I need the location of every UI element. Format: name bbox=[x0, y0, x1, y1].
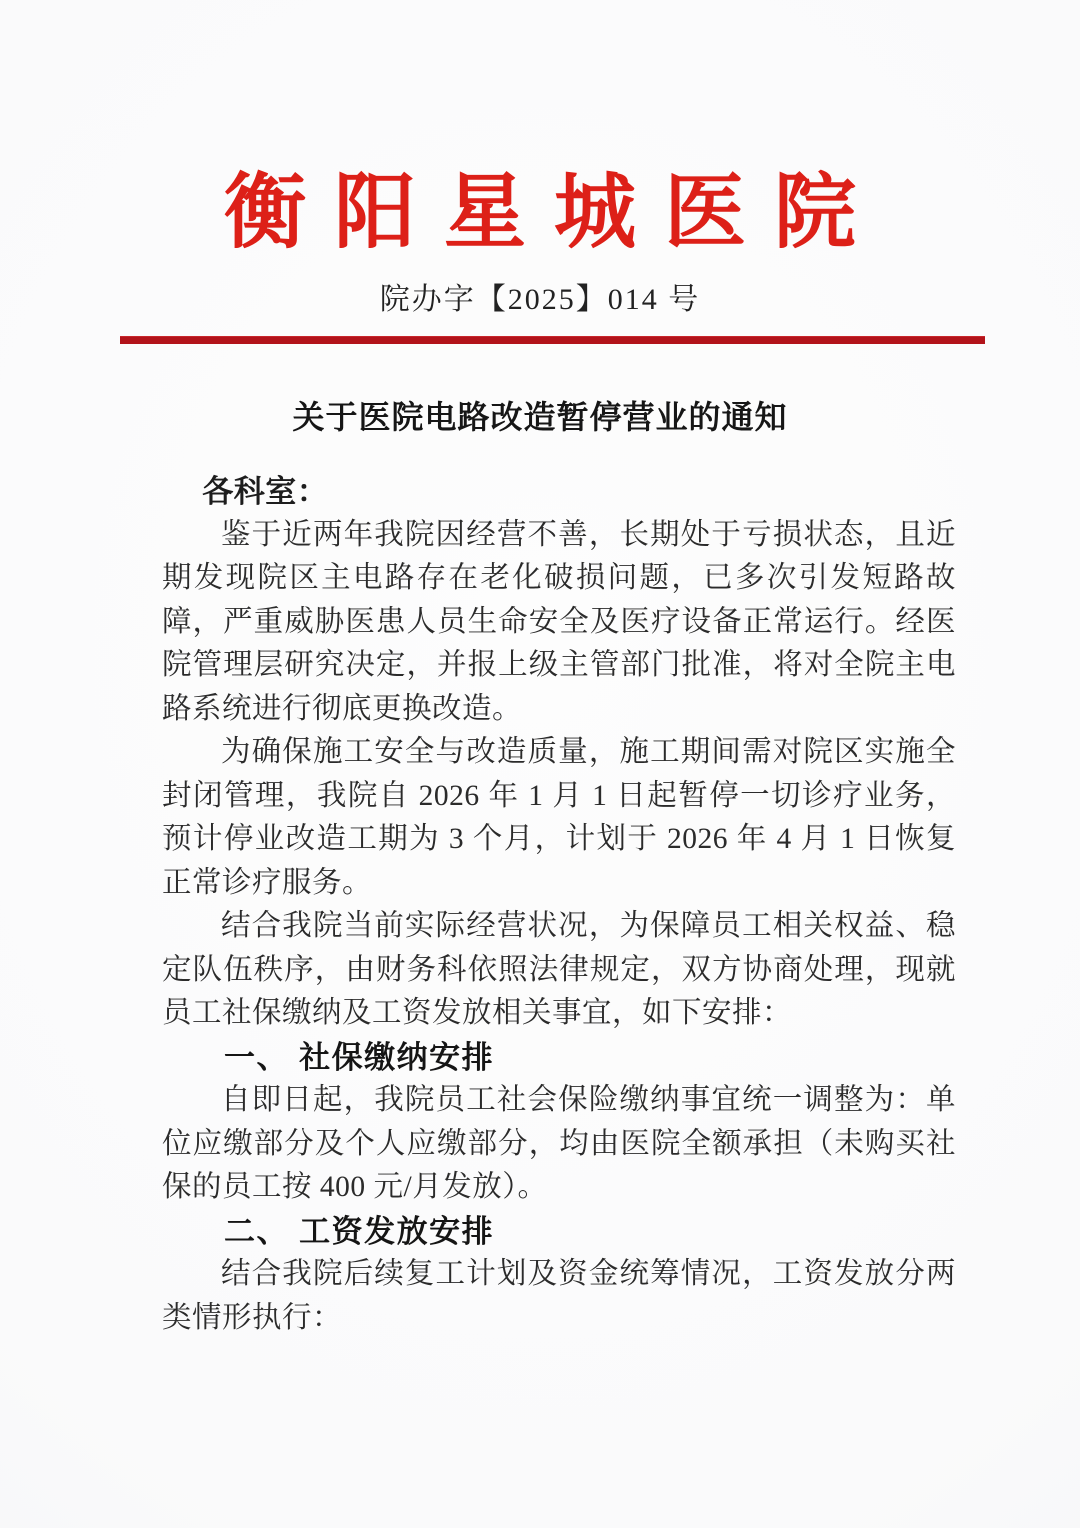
notice-body: 各科室： 鉴于近两年我院因经营不善，长期处于亏损状态，且近期发现院区主电路存在老… bbox=[162, 470, 956, 1340]
intro-paragraph-1: 鉴于近两年我院因经营不善，长期处于亏损状态，且近期发现院区主电路存在老化破损问题… bbox=[162, 514, 956, 732]
intro-paragraph-3: 结合我院当前实际经营状况，为保障员工相关权益、稳定队伍秩序，由财务科依照法律规定… bbox=[162, 905, 956, 1036]
section-1-heading: 一、 社保缴纳安排 bbox=[162, 1036, 956, 1080]
document-page: 衡阳星城医院 院办字【2025】014 号 关于医院电路改造暂停营业的通知 各科… bbox=[0, 0, 1080, 1528]
red-header-divider-line bbox=[120, 336, 985, 344]
section-2-paragraph: 结合我院后续复工计划及资金统筹情况，工资发放分两类情形执行： bbox=[162, 1253, 956, 1340]
section-1-paragraph: 自即日起，我院员工社会保险缴纳事宜统一调整为：单位应缴部分及个人应缴部分，均由医… bbox=[162, 1079, 956, 1210]
notice-title: 关于医院电路改造暂停营业的通知 bbox=[0, 397, 1080, 437]
section-2-heading: 二、 工资发放安排 bbox=[162, 1210, 956, 1254]
hospital-name-letterhead: 衡阳星城医院 bbox=[0, 166, 1080, 260]
intro-paragraph-2: 为确保施工安全与改造质量，施工期间需对院区实施全封闭管理，我院自 2026 年 … bbox=[162, 731, 956, 905]
salutation: 各科室： bbox=[162, 470, 956, 514]
document-reference-number: 院办字【2025】014 号 bbox=[0, 281, 1080, 319]
